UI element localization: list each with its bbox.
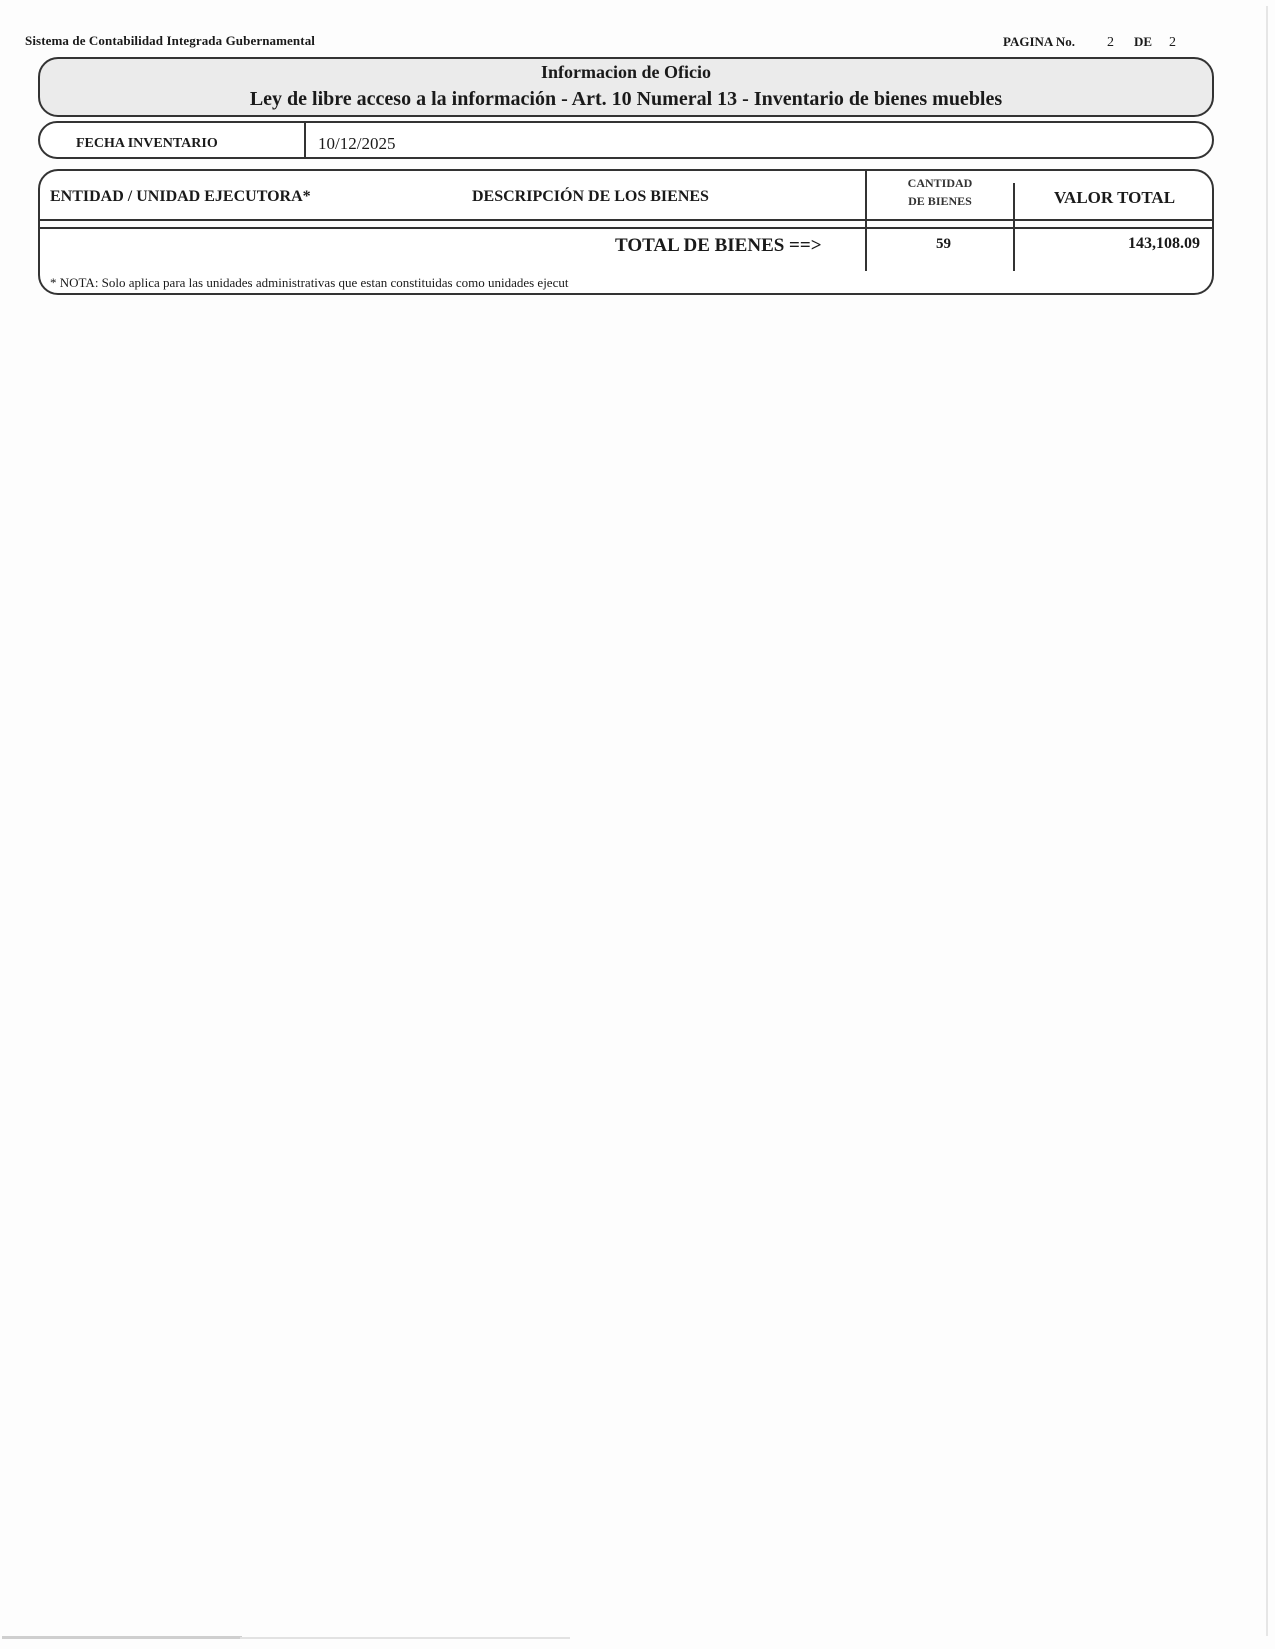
inventory-date-value: 10/12/2025 [318,134,395,154]
footnote: * NOTA: Solo aplica para las unidades ad… [50,275,568,291]
system-title: Sistema de Contabilidad Integrada Gubern… [25,33,315,49]
column-header-cantidad-line2: DE BIENES [867,192,1013,210]
column-header-cantidad: CANTIDAD DE BIENES [867,174,1013,210]
inventory-date-box: FECHA INVENTARIO 10/12/2025 [38,121,1214,159]
report-subtitle: Ley de libre acceso a la información - A… [40,88,1212,111]
column-header-descripcion: DESCRIPCIÓN DE LOS BIENES [472,188,709,206]
scan-edge-right [1266,6,1268,1636]
report-title: Informacion de Oficio [40,62,1212,83]
page-current: 2 [1107,35,1114,51]
total-value: 143,108.09 [1128,235,1200,253]
total-quantity: 59 [867,236,1020,253]
scan-edge-bottom [2,1636,242,1639]
page-total: 2 [1169,35,1176,51]
column-header-entidad: ENTIDAD / UNIDAD EJECUTORA* [50,188,311,206]
page-number: PAGINA No. 2 DE 2 [1003,34,1176,51]
page-label: PAGINA No. [1003,34,1075,50]
inventory-date-label: FECHA INVENTARIO [76,136,218,152]
report-title-box: Informacion de Oficio Ley de libre acces… [38,57,1214,117]
divider [40,227,1212,229]
scan-edge-bottom [240,1637,570,1639]
divider [304,123,306,159]
inventory-table: ENTIDAD / UNIDAD EJECUTORA* DESCRIPCIÓN … [38,169,1214,295]
column-header-valor: VALOR TOTAL [1015,188,1214,208]
page-of-label: DE [1134,34,1152,50]
total-label: TOTAL DE BIENES ==> [615,235,822,257]
column-header-cantidad-line1: CANTIDAD [867,174,1013,192]
divider [40,219,1212,221]
